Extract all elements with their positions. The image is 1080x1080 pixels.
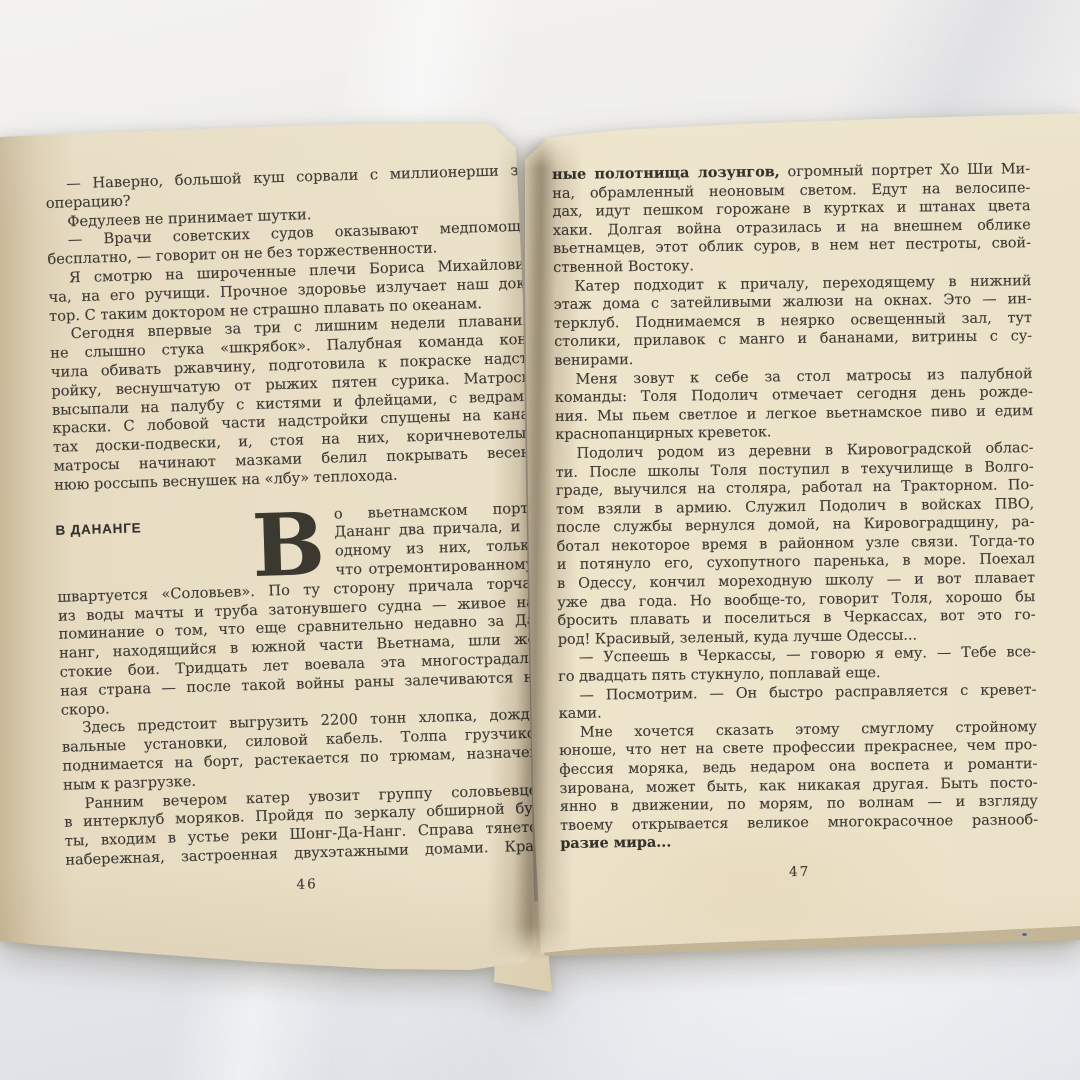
drop-cap-letter: В: [251, 509, 326, 581]
left-page-number: 46: [66, 868, 548, 901]
ink-dot: [1022, 933, 1027, 936]
open-book: — Наверно, большой куш сорвали с миллион…: [0, 0, 1080, 1080]
section-start-row: В ДАНАНГЕВо вьетнамском портуДананг два …: [55, 499, 539, 588]
left-text-flow: — Наверно, большой куш сорвали с миллион…: [45, 162, 547, 871]
right-page-text: ные полотнища лозунгов, огромный портрет…: [552, 160, 1039, 884]
gutter-shadow: [486, 134, 583, 959]
right-text-flow: ные полотнища лозунгов, огромный портрет…: [552, 160, 1038, 854]
left-page-text: — Наверно, большой куш сорвали с миллион…: [45, 162, 548, 901]
section-heading: В ДАНАНГЕ: [55, 508, 253, 589]
right-page-number: 47: [561, 860, 1039, 884]
book-photo: — Наверно, большой куш сорвали с миллион…: [0, 0, 1080, 1080]
